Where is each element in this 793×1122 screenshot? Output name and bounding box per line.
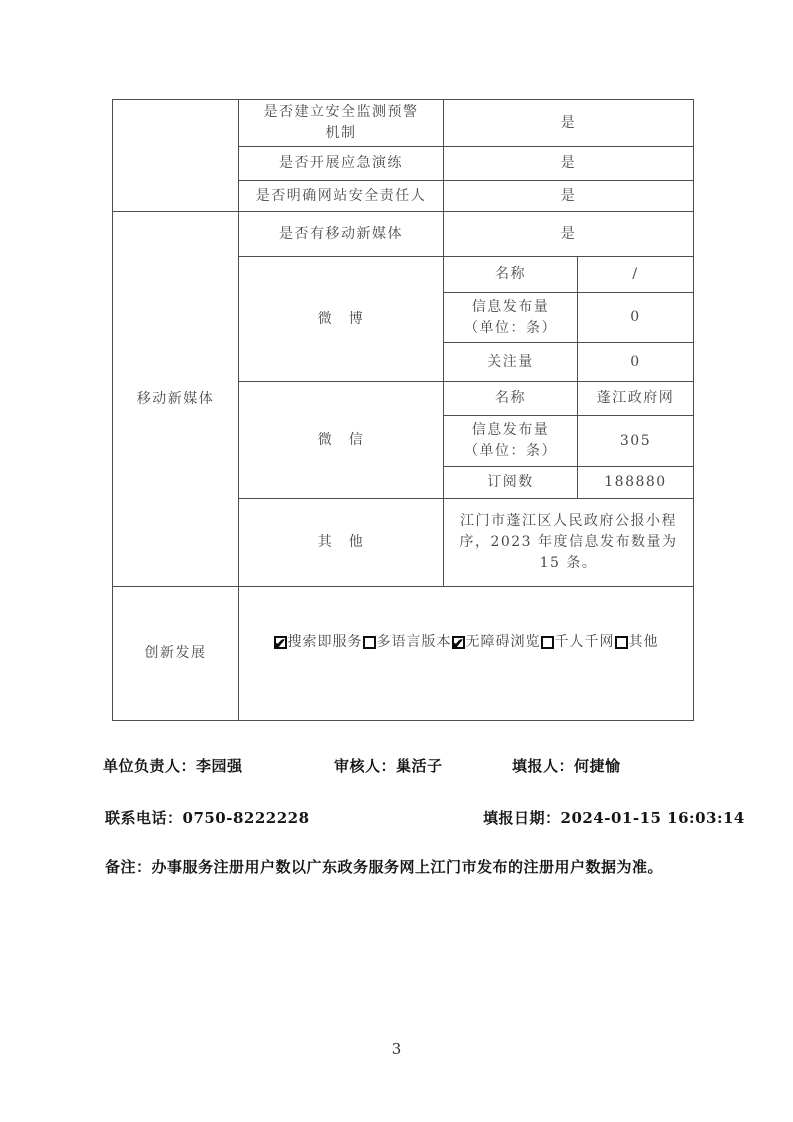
innovation-options-cell: 搜索即服务 多语言版本 无障碍浏览 千人千网: [239, 587, 694, 721]
reporter-field: 填报人：何捷愉: [512, 755, 621, 776]
innovation-option-label: 多语言版本: [377, 632, 452, 653]
metric-value: 188880: [578, 467, 694, 499]
metric-label: 信息发布量 （单位：条）: [444, 416, 578, 467]
category-cell-empty: [113, 100, 239, 212]
metric-label: 名称: [444, 382, 578, 416]
category-mobile-media: 移动新媒体: [113, 212, 239, 587]
annual-report-table: 是否建立安全监测预警 机制 是 是否开展应急演练 是 是否明确网站安全责任人 是…: [112, 99, 694, 721]
checkbox-icon[interactable]: [274, 636, 287, 649]
innovation-option-label: 无障碍浏览: [466, 632, 541, 653]
security-answer: 是: [444, 181, 694, 212]
table-row: 移动新媒体 是否有移动新媒体 是: [113, 212, 694, 257]
auditor-field: 审核人：巢活子: [334, 755, 443, 776]
checkbox-icon[interactable]: [363, 636, 376, 649]
metric-label: 名称: [444, 257, 578, 293]
metric-label: 关注量: [444, 343, 578, 382]
has-mobile-label: 是否有移动新媒体: [239, 212, 444, 257]
remark-note: 备注：办事服务注册用户数以广东政务服务网上江门市发布的注册用户数据为准。: [105, 856, 663, 877]
page-number: 3: [0, 1040, 793, 1058]
innovation-option-label: 千人千网: [555, 632, 615, 653]
checkbox-icon[interactable]: [452, 636, 465, 649]
weibo-label: 微 博: [239, 257, 444, 382]
checkbox-icon[interactable]: [615, 636, 628, 649]
other-media-label: 其 他: [239, 499, 444, 587]
table-row: 是否建立安全监测预警 机制 是: [113, 100, 694, 147]
metric-value: /: [578, 257, 694, 293]
metric-label: 订阅数: [444, 467, 578, 499]
checkbox-icon[interactable]: [541, 636, 554, 649]
other-media-value: 江门市蓬江区人民政府公报小程序，2023 年度信息发布数量为 15 条。: [444, 499, 694, 587]
innovation-option: 千人千网: [541, 632, 615, 653]
security-question-label: 是否明确网站安全责任人: [239, 181, 444, 212]
table-row: 创新发展 搜索即服务 多语言版本 无障碍浏览: [113, 587, 694, 721]
security-answer: 是: [444, 100, 694, 147]
contact-phone-field: 联系电话：0750-8222228: [105, 807, 310, 828]
innovation-option: 搜索即服务: [274, 632, 363, 653]
innovation-option: 多语言版本: [363, 632, 452, 653]
metric-value: 0: [578, 343, 694, 382]
document-page: 是否建立安全监测预警 机制 是 是否开展应急演练 是 是否明确网站安全责任人 是…: [0, 0, 793, 1122]
innovation-option-label: 其他: [629, 632, 659, 653]
security-question-label: 是否开展应急演练: [239, 147, 444, 181]
report-date-field: 填报日期：2024-01-15 16:03:14: [483, 807, 745, 828]
security-answer: 是: [444, 147, 694, 181]
category-innovation: 创新发展: [113, 587, 239, 721]
innovation-option: 其他: [615, 632, 659, 653]
has-mobile-answer: 是: [444, 212, 694, 257]
innovation-option-label: 搜索即服务: [288, 632, 363, 653]
innovation-options-row: 搜索即服务 多语言版本 无障碍浏览 千人千网: [243, 632, 689, 653]
wechat-label: 微 信: [239, 382, 444, 499]
security-question-label: 是否建立安全监测预警 机制: [239, 100, 444, 147]
metric-value: 蓬江政府网: [578, 382, 694, 416]
metric-value: 305: [578, 416, 694, 467]
metric-label: 信息发布量 （单位：条）: [444, 293, 578, 343]
metric-value: 0: [578, 293, 694, 343]
innovation-option: 无障碍浏览: [452, 632, 541, 653]
unit-head-field: 单位负责人：李园强: [103, 755, 243, 776]
